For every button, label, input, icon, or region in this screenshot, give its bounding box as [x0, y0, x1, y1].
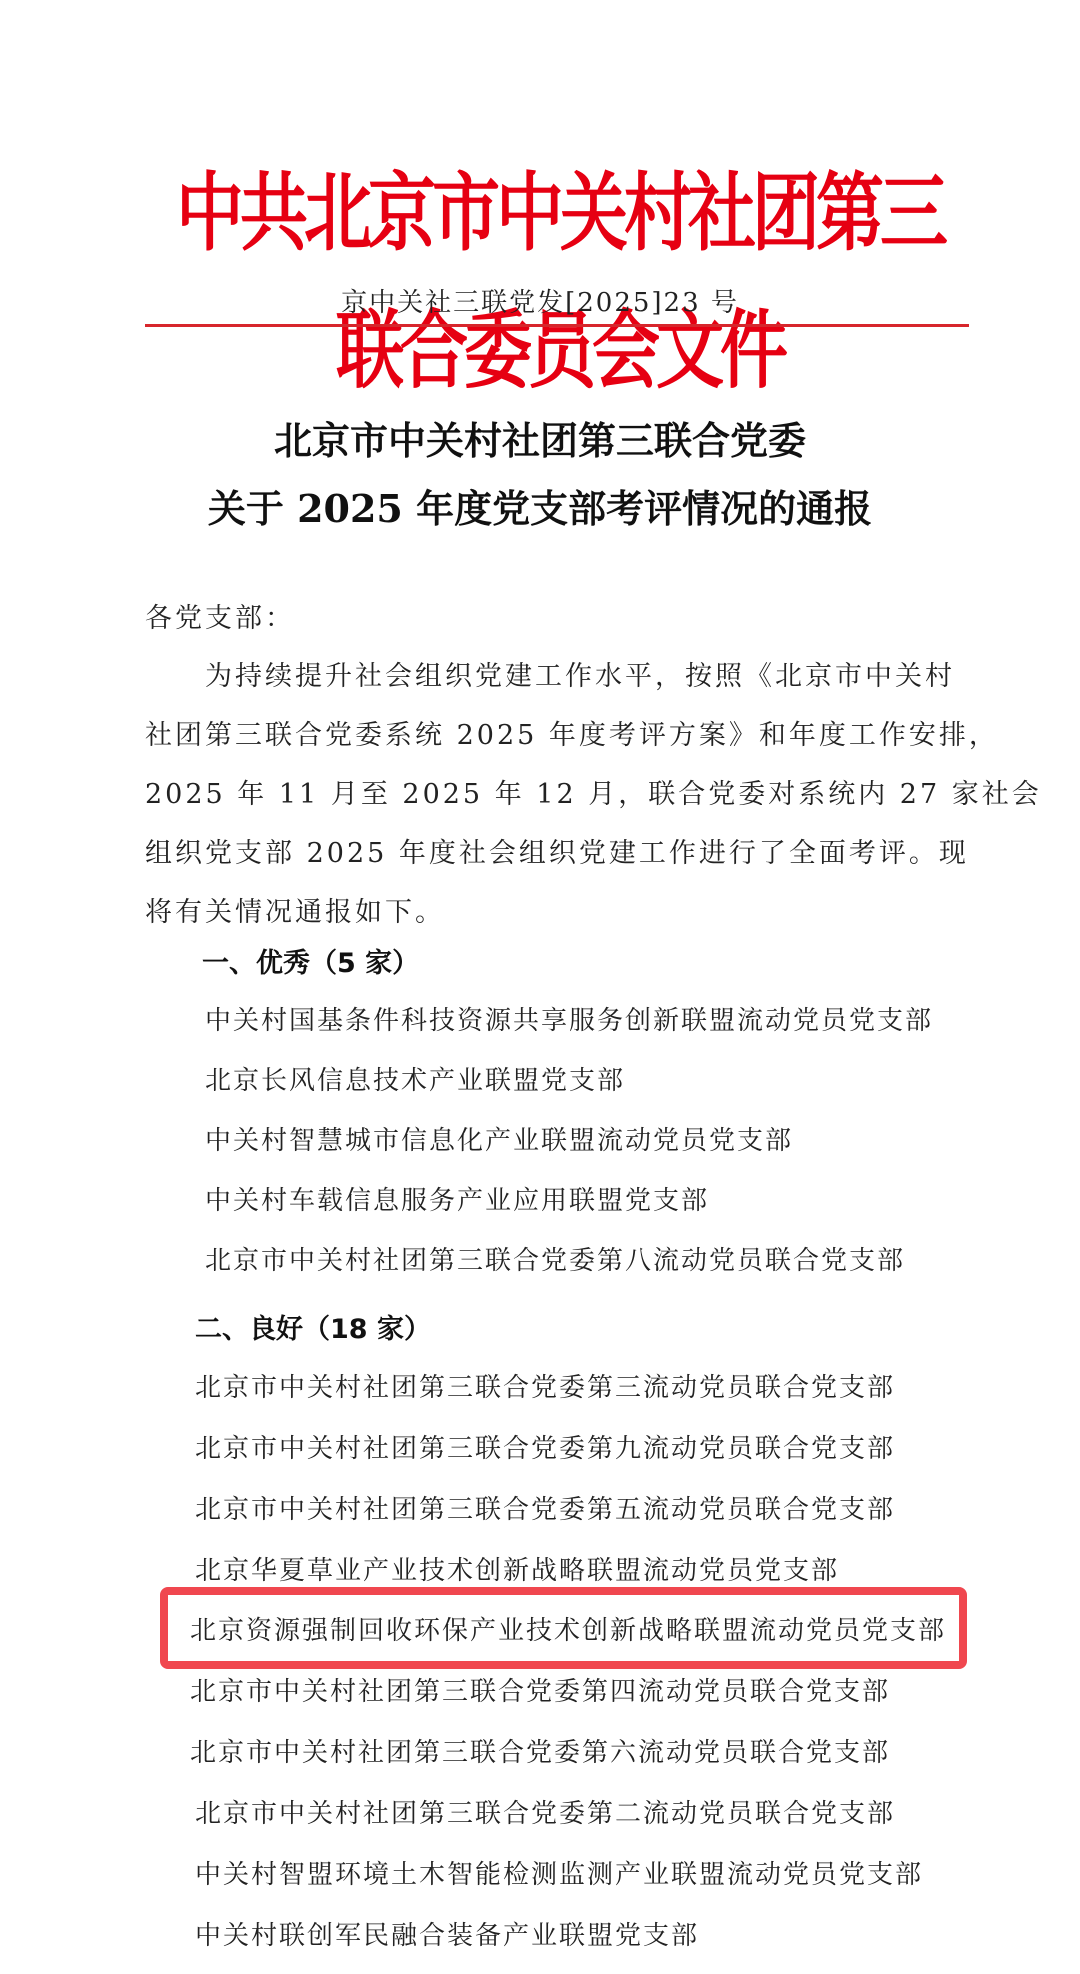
list-item: 北京市中关村社团第三联合党委第二流动党员联合党支部 — [195, 1793, 895, 1830]
list-item: 中关村国基条件科技资源共享服务创新联盟流动党员党支部 — [205, 1000, 933, 1037]
intro-line: 组织党支部 2025 年度社会组织党建工作进行了全面考评。现 — [145, 831, 969, 870]
list-item: 北京市中关村社团第三联合党委第九流动党员联合党支部 — [195, 1428, 895, 1465]
list-item-highlighted: 北京资源强制回收环保产业技术创新战略联盟流动党员党支部 — [190, 1610, 946, 1647]
list-item: 北京市中关村社团第三联合党委第五流动党员联合党支部 — [195, 1489, 895, 1526]
masthead-title: 中共北京市中关村社团第三联合委员会文件 — [170, 146, 950, 284]
section-heading-good: 二、良好（18 家） — [195, 1307, 431, 1346]
section-heading-excellent: 一、优秀（5 家） — [202, 941, 419, 980]
list-item: 北京市中关村社团第三联合党委第六流动党员联合党支部 — [190, 1732, 890, 1769]
list-item: 中关村智慧城市信息化产业联盟流动党员党支部 — [205, 1120, 793, 1157]
list-item: 北京华夏草业产业技术创新战略联盟流动党员党支部 — [195, 1550, 839, 1587]
salutation: 各党支部： — [145, 596, 295, 635]
intro-line: 2025 年 11 月至 2025 年 12 月，联合党委对系统内 27 家社会 — [145, 772, 1042, 811]
list-item: 北京市中关村社团第三联合党委第三流动党员联合党支部 — [195, 1367, 895, 1404]
intro-line: 为持续提升社会组织党建工作水平，按照《北京市中关村 — [205, 654, 955, 693]
document-number: 京中关社三联党发[2025]23 号 — [0, 282, 1080, 319]
list-item: 中关村智盟环境土木智能检测监测产业联盟流动党员党支部 — [195, 1854, 923, 1891]
list-item: 中关村联创军民融合装备产业联盟党支部 — [195, 1915, 699, 1952]
masthead-red-rule — [145, 324, 969, 327]
list-item: 北京市中关村社团第三联合党委第八流动党员联合党支部 — [205, 1240, 905, 1277]
intro-line: 将有关情况通报如下。 — [145, 890, 445, 929]
list-item: 北京长风信息技术产业联盟党支部 — [205, 1060, 625, 1097]
list-item: 中关村车载信息服务产业应用联盟党支部 — [205, 1180, 709, 1217]
document-title-line-2: 关于 2025 年度党支部考评情况的通报 — [0, 478, 1080, 533]
document-title-line-1: 北京市中关村社团第三联合党委 — [0, 410, 1080, 465]
document-page: 中共北京市中关村社团第三联合委员会文件 京中关社三联党发[2025]23 号 北… — [0, 0, 1080, 1974]
intro-line: 社团第三联合党委系统 2025 年度考评方案》和年度工作安排， — [145, 713, 999, 752]
list-item: 北京市中关村社团第三联合党委第四流动党员联合党支部 — [190, 1671, 890, 1708]
